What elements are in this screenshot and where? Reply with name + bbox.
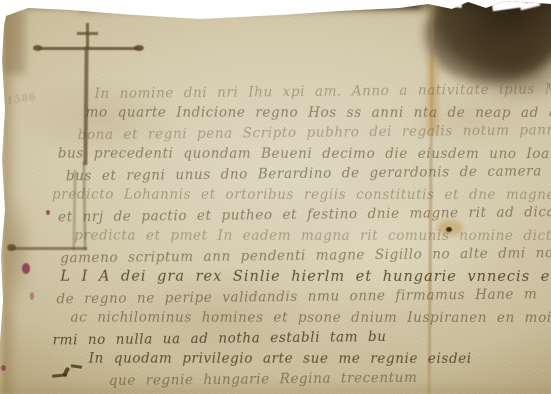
manuscript-line: gameno scriptum ann pendenti magne Sigil… [60, 243, 551, 268]
manuscript-line: predicto Lohannis et ortoribus regiis co… [52, 184, 551, 204]
manuscript-line: mo quarte Indicione regno Hos ss anni nt… [86, 102, 551, 122]
manuscript-line: que regnie hungarie Regina trecentum [109, 366, 551, 391]
manuscript-line: L I A dei gra rex Sinlie hierlm et hunga… [60, 266, 551, 286]
manuscript-line: In nomine dni nri Ihu xpi am. Anno a nat… [94, 79, 550, 104]
manuscript-line: bona et regni pena Scripto pubhro dei re… [78, 120, 551, 145]
manuscript-line: ac nichilominus homines et psone dnium I… [71, 307, 551, 327]
parchment-sheet: 1586 In nomine dni nri Ihu xpi am. Anno … [0, 0, 551, 394]
top-edge-stain-core [120, 0, 420, 8]
manuscript-line: rmi no nulla ua ad notha establi tam bu [53, 325, 551, 350]
manuscript-scan: 1586 In nomine dni nri Ihu xpi am. Anno … [0, 0, 551, 394]
manuscript-line: In quodam privilegio arte sue me regnie … [89, 348, 551, 368]
manuscript-line: bus precedenti quondam Beueni decimo die… [58, 143, 551, 163]
manuscript-text-block: In nomine dni nri Ihu xpi am. Anno a nat… [0, 0, 551, 394]
manuscript-line: bus et regni unus dno Berardino de gerar… [66, 161, 551, 186]
top-left-smudge [26, 0, 96, 9]
manuscript-line: et nrj de pactio et putheo et festino dn… [58, 202, 551, 227]
manuscript-line: de regno ne peripe validandis nmu onne f… [56, 284, 551, 309]
manuscript-line: predicta et pmet In eadem magna rit comu… [74, 225, 551, 245]
